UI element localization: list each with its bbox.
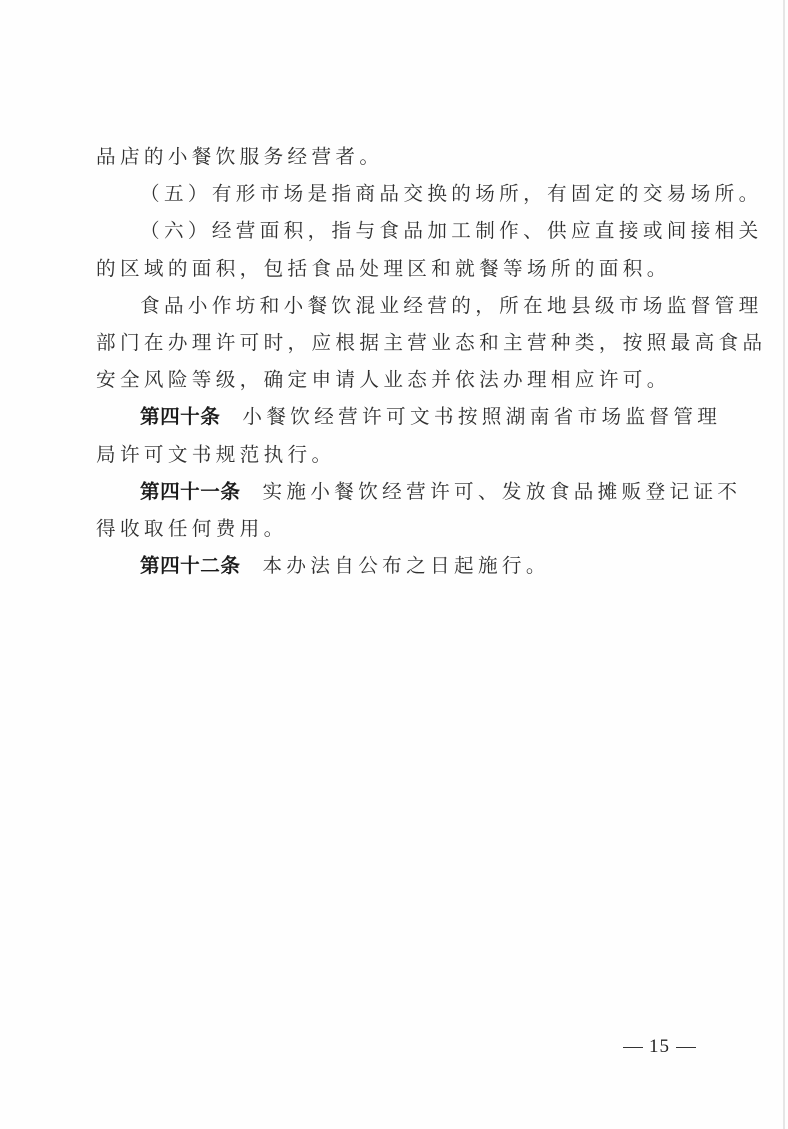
line-text: （五）有形市场是指商品交换的场所，有固定的交易场所。 [140,182,763,205]
paragraph-line: 部门在办理许可时，应根据主营业态和主营种类，按照最高食品 [96,324,696,361]
line-text: 局许可文书规范执行。 [96,443,335,466]
article-42: 第四十二条本办法自公布之日起施行。 [96,547,696,584]
article-40: 第四十条小餐饮经营许可文书按照湖南省市场监督管理 [96,398,696,435]
paragraph-mixed-operation: 食品小作坊和小餐饮混业经营的，所在地县级市场监督管理 [96,287,696,324]
line-text: 小餐饮经营许可文书按照湖南省市场监督管理 [242,405,721,428]
paragraph-line: 品店的小餐饮服务经营者。 [96,138,696,175]
article-number: 第四十一条 [140,480,240,503]
page-number-value: 15 [649,1036,670,1057]
line-text: 品店的小餐饮服务经营者。 [96,145,383,168]
article-41: 第四十一条实施小餐饮经营许可、发放食品摊贩登记证不 [96,473,696,510]
paragraph-line: 安全风险等级，确定申请人业态并依法办理相应许可。 [96,361,696,398]
line-text: 的区域的面积，包括食品处理区和就餐等场所的面积。 [96,257,671,280]
article-number: 第四十条 [140,405,220,428]
paragraph-line: 得收取任何费用。 [96,510,696,547]
article-number: 第四十二条 [140,554,240,577]
line-text: （六）经营面积，指与食品加工制作、供应直接或间接相关 [140,219,763,242]
definition-item-6: （六）经营面积，指与食品加工制作、供应直接或间接相关 [96,212,696,249]
line-text: 部门在办理许可时，应根据主营业态和主营种类，按照最高食品 [96,331,766,354]
scan-edge [783,0,785,1129]
line-text: 实施小餐饮经营许可、发放食品摊贩登记证不 [262,480,741,503]
paragraph-line: 局许可文书规范执行。 [96,436,696,473]
paragraph-line: 的区域的面积，包括食品处理区和就餐等场所的面积。 [96,250,696,287]
line-text: 安全风险等级，确定申请人业态并依法办理相应许可。 [96,368,671,391]
definition-item-5: （五）有形市场是指商品交换的场所，有固定的交易场所。 [96,175,696,212]
line-text: 本办法自公布之日起施行。 [262,554,549,577]
dash-right [676,1047,696,1048]
line-text: 得收取任何费用。 [96,517,288,540]
document-page: 品店的小餐饮服务经营者。 （五）有形市场是指商品交换的场所，有固定的交易场所。 … [0,0,788,1129]
page-number: 15 [617,1036,702,1058]
document-body: 品店的小餐饮服务经营者。 （五）有形市场是指商品交换的场所，有固定的交易场所。 … [96,138,696,584]
line-text: 食品小作坊和小餐饮混业经营的，所在地县级市场监督管理 [140,294,763,317]
dash-left [623,1047,643,1048]
